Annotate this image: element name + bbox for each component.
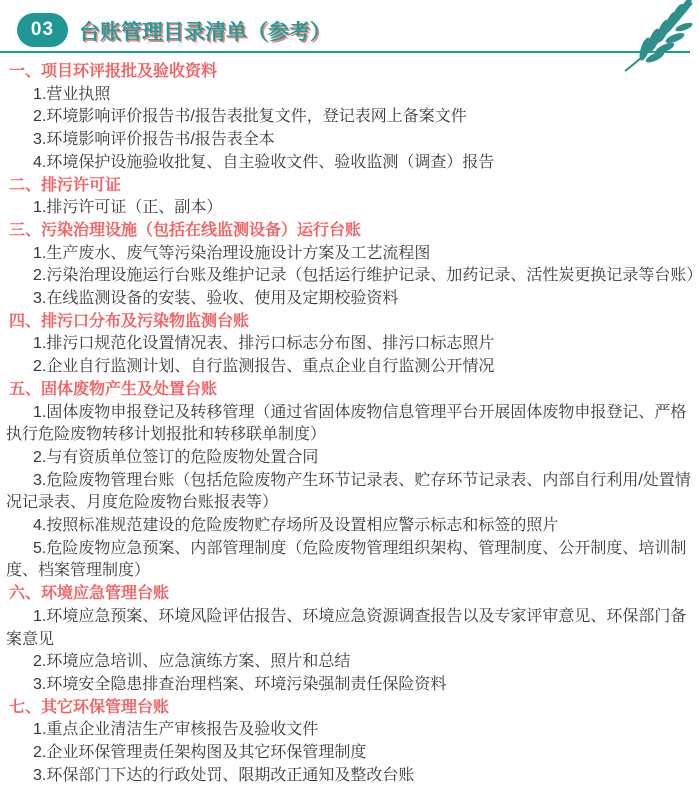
page-title: 台账管理目录清单（参考） — [79, 16, 331, 46]
list-item: 4.环境保护设施验收批复、自主验收文件、验收监测（调查）报告 — [6, 152, 696, 175]
list-item: 3.危险废物管理台账（包括危险废物产生环节记录表、贮存环节记录表、内部自行利用/… — [6, 470, 696, 515]
section-heading: 五、固体废物产生及处置台账 — [9, 379, 696, 402]
header-divider — [0, 51, 690, 53]
list-item: 2.企业自行监测计划、自行监测报告、重点企业自行监测公开情况 — [6, 356, 696, 379]
section-heading: 七、其它环保管理台账 — [9, 697, 696, 720]
list-item: 3.环境影响评价报告书/报告表全本 — [6, 129, 696, 152]
list-item: 2.污染治理设施运行台账及维护记录（包括运行维护记录、加药记录、活性炭更换记录等… — [6, 265, 696, 288]
list-item: 2.与有资质单位签订的危险废物处置合同 — [6, 447, 696, 470]
list-item: 2.环境应急培训、应急演练方案、照片和总结 — [6, 651, 696, 674]
list-item: 3.环保部门下达的行政处罚、限期改正通知及整改台账 — [6, 765, 696, 788]
list-item: 3.环境安全隐患排查治理档案、环境污染强制责任保险资料 — [6, 674, 696, 697]
list-item: 1.固体废物申报登记及转移管理（通过省固体废物信息管理平台开展固体废物申报登记、… — [6, 402, 696, 447]
list-item: 5.危险废物应急预案、内部管理制度（危险废物管理组织架构、管理制度、公开制度、培… — [6, 538, 696, 583]
section-number-badge: 03 — [17, 13, 68, 47]
list-item: 1.排污许可证（正、副本） — [6, 197, 696, 220]
list-item: 1.生产废水、废气等污染治理设施设计方案及工艺流程图 — [6, 243, 696, 266]
list-item: 1.营业执照 — [6, 84, 696, 107]
section-heading: 六、环境应急管理台账 — [9, 583, 696, 606]
list-item: 1.重点企业清洁生产审核报告及验收文件 — [6, 719, 696, 742]
section-heading: 三、污染治理设施（包括在线监测设备）运行台账 — [9, 220, 696, 243]
section-heading: 四、排污口分布及污染物监测台账 — [9, 311, 696, 334]
list-item: 1.排污口规范化设置情况表、排污口标志分布图、排污口标志照片 — [6, 333, 696, 356]
list-item: 4.按照标准规范建设的危险废物贮存场所及设置相应警示标志和标签的照片 — [6, 515, 696, 538]
section-heading: 一、项目环评报批及验收资料 — [9, 61, 696, 84]
list-item: 2.企业环保管理责任架构图及其它环保管理制度 — [6, 742, 696, 765]
list-item: 2.环境影响评价报告书/报告表批复文件，登记表网上备案文件 — [6, 106, 696, 129]
list-item: 3.在线监测设备的安装、验收、使用及定期校验资料 — [6, 288, 696, 311]
list-item: 1.环境应急预案、环境风险评估报告、环境应急资源调查报告以及专家评审意见、环保部… — [6, 606, 696, 651]
section-heading: 二、排污许可证 — [9, 175, 696, 198]
document-body: 一、项目环评报批及验收资料1.营业执照2.环境影响评价报告书/报告表批复文件，登… — [0, 61, 699, 788]
